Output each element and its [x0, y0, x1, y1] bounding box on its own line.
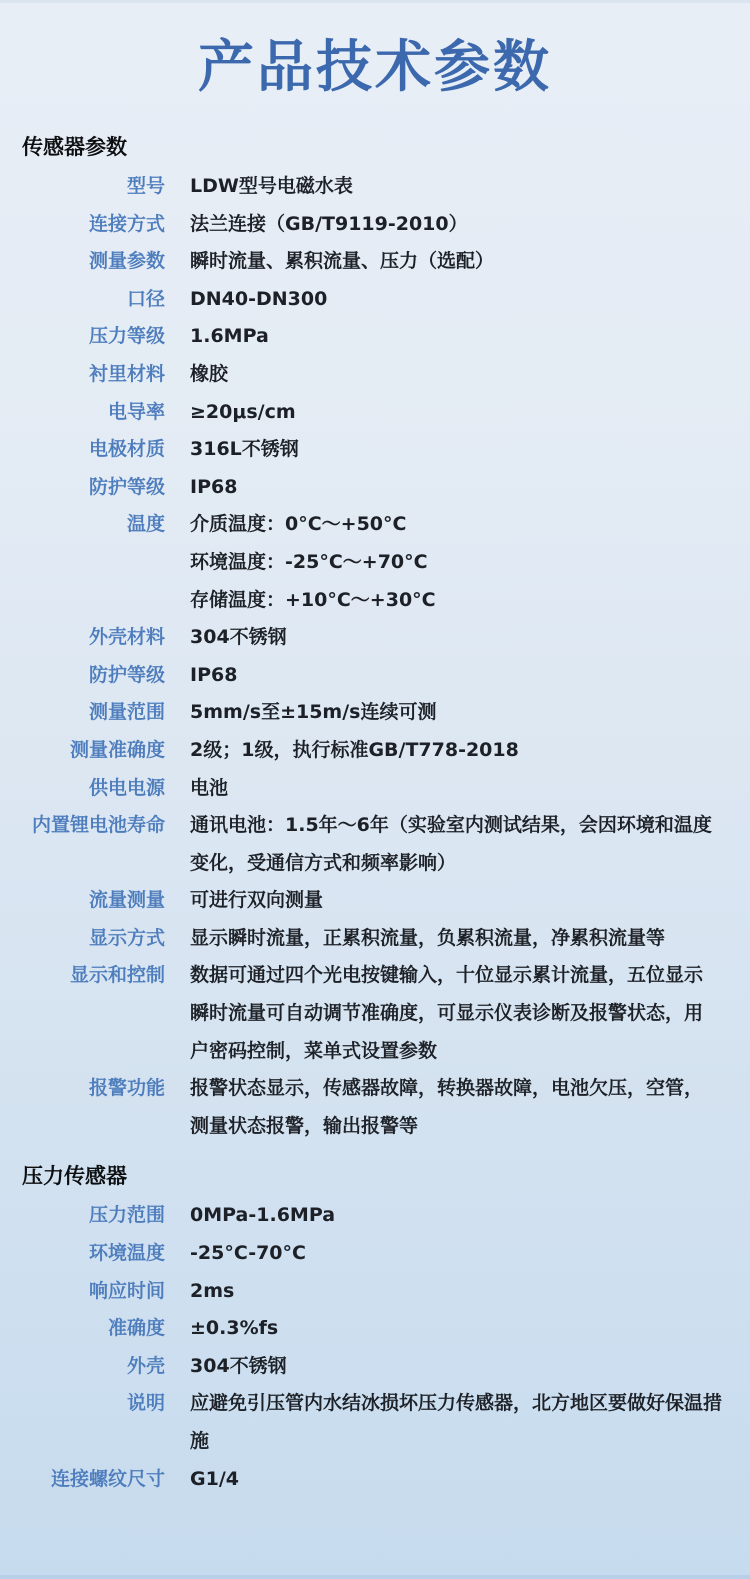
spec-row-ambient-temperature: 环境温度 -25°C-70°C: [0, 1235, 750, 1273]
section-sensor-params: 传感器参数 型号 LDW型号电磁水表 连接方式 法兰连接（GB/T9119-20…: [0, 132, 750, 1145]
spec-row-pressure-rating: 压力等级 1.6MPa: [0, 318, 750, 356]
pressure-rows: 压力范围 0MPa-1.6MPa 环境温度 -25°C-70°C 响应时间 2m…: [0, 1197, 750, 1498]
spec-label: 连接螺纹尺寸: [0, 1461, 165, 1499]
spec-label: 流量测量: [0, 882, 165, 920]
sensor-rows: 型号 LDW型号电磁水表 连接方式 法兰连接（GB/T9119-2010） 测量…: [0, 168, 750, 1145]
spec-label: 测量准确度: [0, 732, 165, 770]
spec-label: 温度: [0, 506, 165, 544]
spec-value: IP68: [190, 657, 732, 695]
spec-row-display-mode: 显示方式 显示瞬时流量，正累积流量，负累积流量，净累积流量等: [0, 920, 750, 958]
spec-value: IP68: [190, 469, 732, 507]
spec-label: 显示和控制: [0, 957, 165, 995]
spec-row-diameter: 口径 DN40-DN300: [0, 281, 750, 319]
spec-value: -25°C-70°C: [190, 1235, 732, 1273]
spec-value: 2ms: [190, 1273, 732, 1311]
spec-label: 连接方式: [0, 206, 165, 244]
spec-value: 1.6MPa: [190, 318, 732, 356]
spec-label: 压力等级: [0, 318, 165, 356]
spec-value: 应避免引压管内水结冰损坏压力传感器，北方地区要做好保温措施: [190, 1385, 732, 1460]
spec-label: 型号: [0, 168, 165, 206]
spec-row-protection-rating-2: 防护等级 IP68: [0, 657, 750, 695]
spec-row-accuracy: 准确度 ±0.3%fs: [0, 1310, 750, 1348]
spec-value: 316L不锈钢: [190, 431, 732, 469]
spec-label: 响应时间: [0, 1273, 165, 1311]
spec-value: 瞬时流量、累积流量、压力（选配）: [190, 243, 732, 281]
spec-row-note: 说明 应避免引压管内水结冰损坏压力传感器，北方地区要做好保温措施: [0, 1385, 750, 1460]
spec-value: 304不锈钢: [190, 1348, 732, 1386]
spec-label: 测量参数: [0, 243, 165, 281]
section-pressure-sensor: 压力传感器 压力范围 0MPa-1.6MPa 环境温度 -25°C-70°C 响…: [0, 1161, 750, 1498]
spec-row-measured-params: 测量参数 瞬时流量、累积流量、压力（选配）: [0, 243, 750, 281]
spec-label: 显示方式: [0, 920, 165, 958]
section-heading-pressure: 压力传感器: [22, 1161, 750, 1191]
spec-label: 报警功能: [0, 1070, 165, 1108]
spec-row-display-control: 显示和控制 数据可通过四个光电按键输入，十位显示累计流量，五位显示 瞬时流量可自…: [0, 957, 750, 1070]
spec-label: 外壳: [0, 1348, 165, 1386]
bottom-edge-strip: [0, 1575, 750, 1579]
spec-value: 法兰连接（GB/T9119-2010）: [190, 206, 732, 244]
spec-value: 可进行双向测量: [190, 882, 732, 920]
spec-label: 压力范围: [0, 1197, 165, 1235]
spec-row-conductivity: 电导率 ≥20μs/cm: [0, 394, 750, 432]
spec-label: 防护等级: [0, 469, 165, 507]
spec-row-power-supply: 供电电源 电池: [0, 770, 750, 808]
spec-label: 口径: [0, 281, 165, 319]
spec-row-measuring-range: 测量范围 5mm/s至±15m/s连续可测: [0, 694, 750, 732]
spec-value: 0MPa-1.6MPa: [190, 1197, 732, 1235]
spec-value: 2级；1级，执行标准GB/T778-2018: [190, 732, 732, 770]
spec-value: DN40-DN300: [190, 281, 732, 319]
spec-row-shell: 外壳 304不锈钢: [0, 1348, 750, 1386]
spec-value: G1/4: [190, 1461, 732, 1499]
spec-value: 电池: [190, 770, 732, 808]
spec-row-protection-rating: 防护等级 IP68: [0, 469, 750, 507]
spec-row-housing-material: 外壳材料 304不锈钢: [0, 619, 750, 657]
spec-label: 内置锂电池寿命: [0, 807, 165, 845]
spec-value: LDW型号电磁水表: [190, 168, 732, 206]
spec-label: 环境温度: [0, 1235, 165, 1273]
spec-label: 防护等级: [0, 657, 165, 695]
section-heading-sensor: 传感器参数: [22, 132, 750, 162]
spec-value: 报警状态显示，传感器故障，转换器故障，电池欠压，空管， 测量状态报警，输出报警等: [190, 1070, 732, 1145]
spec-row-lining: 衬里材料 橡胶: [0, 356, 750, 394]
spec-row-pressure-range: 压力范围 0MPa-1.6MPa: [0, 1197, 750, 1235]
spec-row-thread-size: 连接螺纹尺寸 G1/4: [0, 1461, 750, 1499]
spec-label: 说明: [0, 1385, 165, 1423]
spec-label: 电极材质: [0, 431, 165, 469]
spec-row-flow-measurement: 流量测量 可进行双向测量: [0, 882, 750, 920]
spec-value: 橡胶: [190, 356, 732, 394]
spec-row-electrode-material: 电极材质 316L不锈钢: [0, 431, 750, 469]
spec-label: 衬里材料: [0, 356, 165, 394]
spec-row-battery-life: 内置锂电池寿命 通讯电池：1.5年～6年（实验室内测试结果，会因环境和温度 变化…: [0, 807, 750, 882]
spec-row-accuracy-class: 测量准确度 2级；1级，执行标准GB/T778-2018: [0, 732, 750, 770]
spec-row-temperature: 温度 介质温度：0°C～+50°C 环境温度：-25°C～+70°C 存储温度：…: [0, 506, 750, 619]
spec-row-alarm-function: 报警功能 报警状态显示，传感器故障，转换器故障，电池欠压，空管， 测量状态报警，…: [0, 1070, 750, 1145]
page-title: 产品技术参数: [0, 0, 750, 100]
spec-value: 通讯电池：1.5年～6年（实验室内测试结果，会因环境和温度 变化，受通信方式和频…: [190, 807, 732, 882]
spec-label: 外壳材料: [0, 619, 165, 657]
spec-row-model: 型号 LDW型号电磁水表: [0, 168, 750, 206]
spec-value: ±0.3%fs: [190, 1310, 732, 1348]
spec-value: ≥20μs/cm: [190, 394, 732, 432]
spec-label: 电导率: [0, 394, 165, 432]
spec-value: 5mm/s至±15m/s连续可测: [190, 694, 732, 732]
spec-value: 介质温度：0°C～+50°C 环境温度：-25°C～+70°C 存储温度：+10…: [190, 506, 732, 619]
product-spec-page: 产品技术参数 传感器参数 型号 LDW型号电磁水表 连接方式 法兰连接（GB/T…: [0, 0, 750, 1579]
top-edge-strip: [0, 0, 750, 3]
spec-row-connection: 连接方式 法兰连接（GB/T9119-2010）: [0, 206, 750, 244]
spec-value: 304不锈钢: [190, 619, 732, 657]
spec-row-response-time: 响应时间 2ms: [0, 1273, 750, 1311]
spec-label: 测量范围: [0, 694, 165, 732]
spec-label: 供电电源: [0, 770, 165, 808]
spec-value: 显示瞬时流量，正累积流量，负累积流量，净累积流量等: [190, 920, 732, 958]
spec-label: 准确度: [0, 1310, 165, 1348]
spec-value: 数据可通过四个光电按键输入，十位显示累计流量，五位显示 瞬时流量可自动调节准确度…: [190, 957, 732, 1070]
